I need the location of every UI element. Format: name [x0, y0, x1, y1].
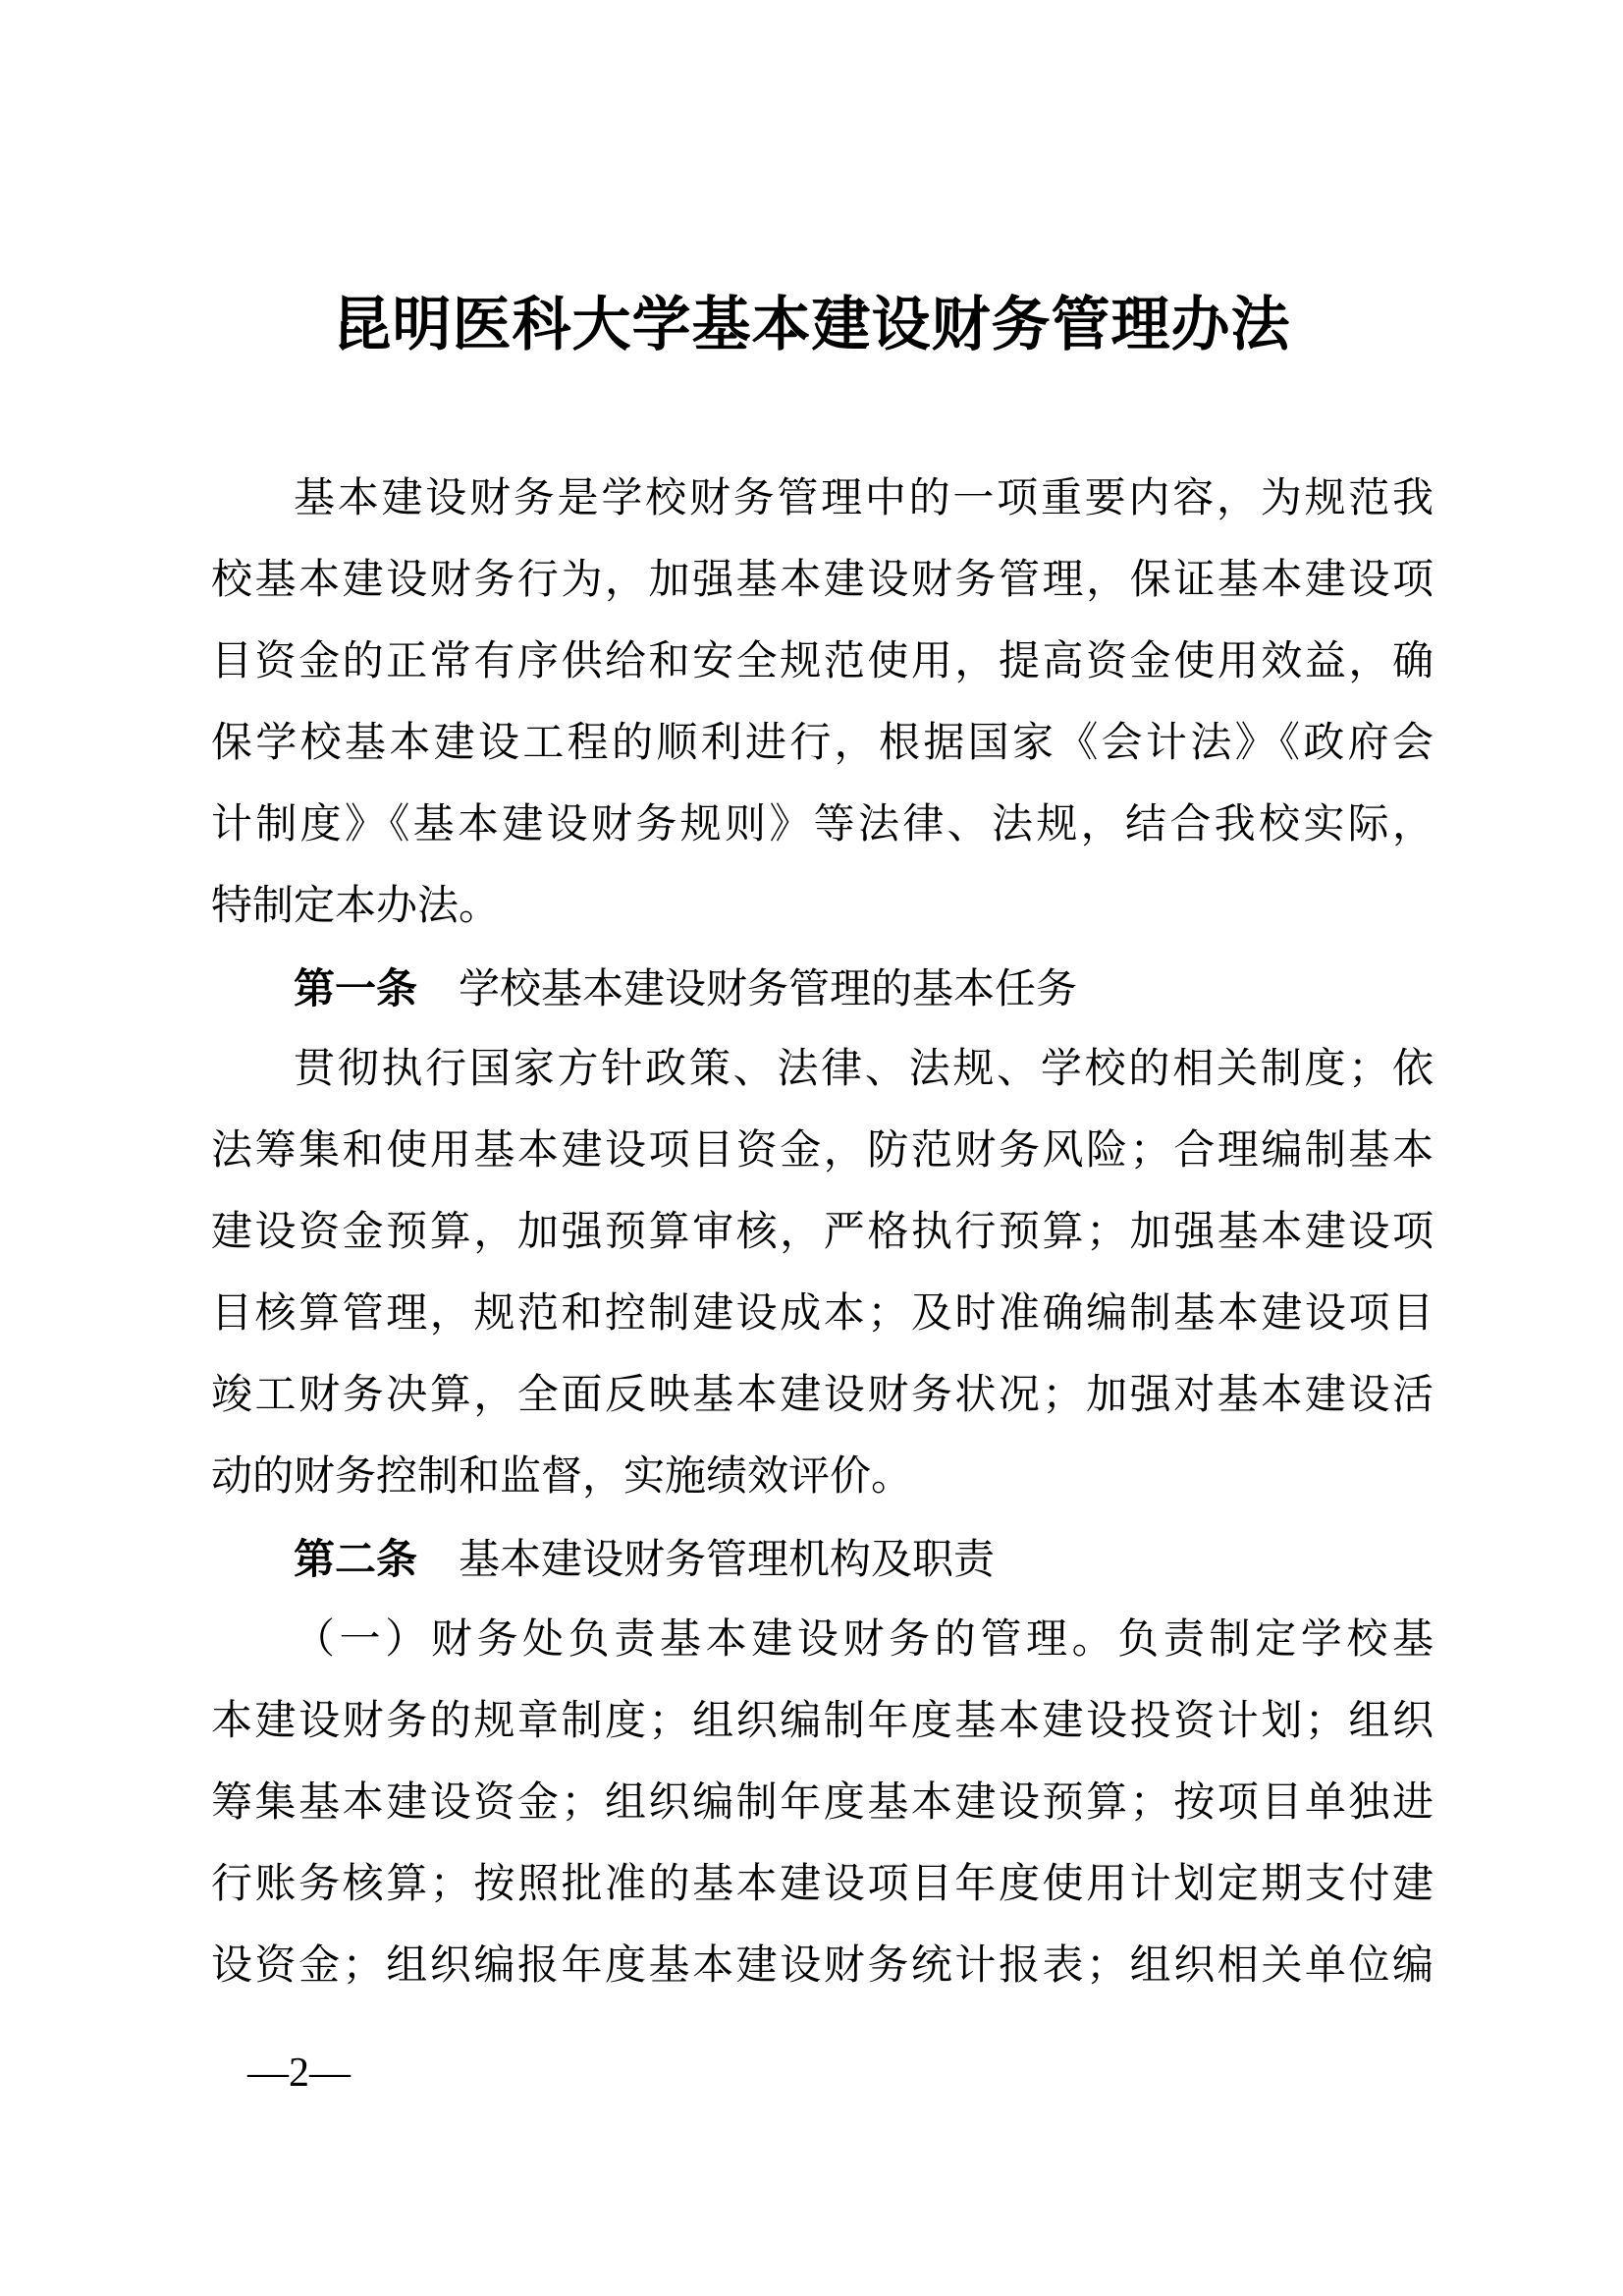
section-heading: 第一条 学校基本建设财务管理的基本任务: [211, 948, 1434, 1029]
section-number: 第一条: [294, 965, 417, 1011]
line-text: 校基本建设财务行为，加强基本建设财务管理，保证基本建设项: [211, 558, 1434, 603]
line-text: 动的财务控制和监督，实施绩效评价。: [211, 1454, 912, 1500]
body-line: 设资金；组织编报年度基本建设财务统计报表；组织相关单位编: [211, 1926, 1434, 2007]
body-line: 校基本建设财务行为，加强基本建设财务管理，保证基本建设项: [211, 540, 1434, 622]
line-text: 本建设财务的规章制度；组织编制年度基本建设投资计划；组织: [211, 1699, 1434, 1744]
document-title: 昆明医科大学基本建设财务管理办法: [0, 291, 1623, 359]
body-line: 法筹集和使用基本建设项目资金，防范财务风险；合理编制基本: [211, 1111, 1434, 1192]
body-line: 动的财务控制和监督，实施绩效评价。: [211, 1437, 1434, 1518]
section-heading: 第二条 基本建设财务管理机构及职责: [211, 1518, 1434, 1600]
section-title: 基本建设财务管理机构及职责: [417, 1538, 995, 1583]
line-text: 行账务核算；按照批准的基本建设项目年度使用计划定期支付建: [211, 1862, 1434, 1907]
line-text: 贯彻执行国家方针政策、法律、法规、学校的相关制度；依: [294, 1047, 1434, 1092]
body-line: 保学校基本建设工程的顺利进行，根据国家《会计法》《政府会: [211, 703, 1434, 785]
body-line: （一）财务处负责基本建设财务的管理。负责制定学校基: [211, 1600, 1434, 1681]
line-text: 筹集基本建设资金；组织编制年度基本建设预算；按项目单独进: [211, 1780, 1434, 1826]
document-page: 昆明医科大学基本建设财务管理办法 基本建设财务是学校财务管理中的一项重要内容，为…: [0, 0, 1623, 2296]
line-text: （一）财务处负责基本建设财务的管理。负责制定学校基: [294, 1617, 1434, 1663]
line-text: 建设资金预算，加强预算审核，严格执行预算；加强基本建设项: [211, 1210, 1434, 1255]
line-text: 基本建设财务是学校财务管理中的一项重要内容，为规范我: [294, 476, 1434, 521]
line-text: 目核算管理，规范和控制建设成本；及时准确编制基本建设项目: [211, 1291, 1434, 1337]
document-body: 基本建设财务是学校财务管理中的一项重要内容，为规范我 校基本建设财务行为，加强基…: [211, 459, 1434, 2007]
body-line: 基本建设财务是学校财务管理中的一项重要内容，为规范我: [211, 459, 1434, 540]
page-number: —2—: [247, 2049, 351, 2098]
body-line: 计制度》《基本建设财务规则》等法律、法规，结合我校实际，: [211, 785, 1434, 866]
body-line: 目核算管理，规范和控制建设成本；及时准确编制基本建设项目: [211, 1274, 1434, 1355]
body-line: 建设资金预算，加强预算审核，严格执行预算；加强基本建设项: [211, 1192, 1434, 1274]
body-line: 行账务核算；按照批准的基本建设项目年度使用计划定期支付建: [211, 1844, 1434, 1926]
body-line: 特制定本办法。: [211, 866, 1434, 948]
line-text: 竣工财务决算，全面反映基本建设财务状况；加强对基本建设活: [211, 1373, 1434, 1418]
section-title: 学校基本建设财务管理的基本任务: [417, 967, 1077, 1012]
line-text: 目资金的正常有序供给和安全规范使用，提高资金使用效益，确: [211, 639, 1434, 684]
line-text: 计制度》《基本建设财务规则》等法律、法规，结合我校实际，: [211, 802, 1434, 847]
line-text: 保学校基本建设工程的顺利进行，根据国家《会计法》《政府会: [211, 721, 1434, 766]
line-text: 设资金；组织编报年度基本建设财务统计报表；组织相关单位编: [211, 1943, 1434, 1989]
body-line: 筹集基本建设资金；组织编制年度基本建设预算；按项目单独进: [211, 1763, 1434, 1844]
section-number: 第二条: [294, 1536, 417, 1582]
line-text: 法筹集和使用基本建设项目资金，防范财务风险；合理编制基本: [211, 1128, 1434, 1174]
body-line: 本建设财务的规章制度；组织编制年度基本建设投资计划；组织: [211, 1681, 1434, 1763]
body-line: 贯彻执行国家方针政策、法律、法规、学校的相关制度；依: [211, 1029, 1434, 1111]
line-text: 特制定本办法。: [211, 884, 500, 929]
body-line: 竣工财务决算，全面反映基本建设财务状况；加强对基本建设活: [211, 1355, 1434, 1437]
body-line: 目资金的正常有序供给和安全规范使用，提高资金使用效益，确: [211, 622, 1434, 703]
